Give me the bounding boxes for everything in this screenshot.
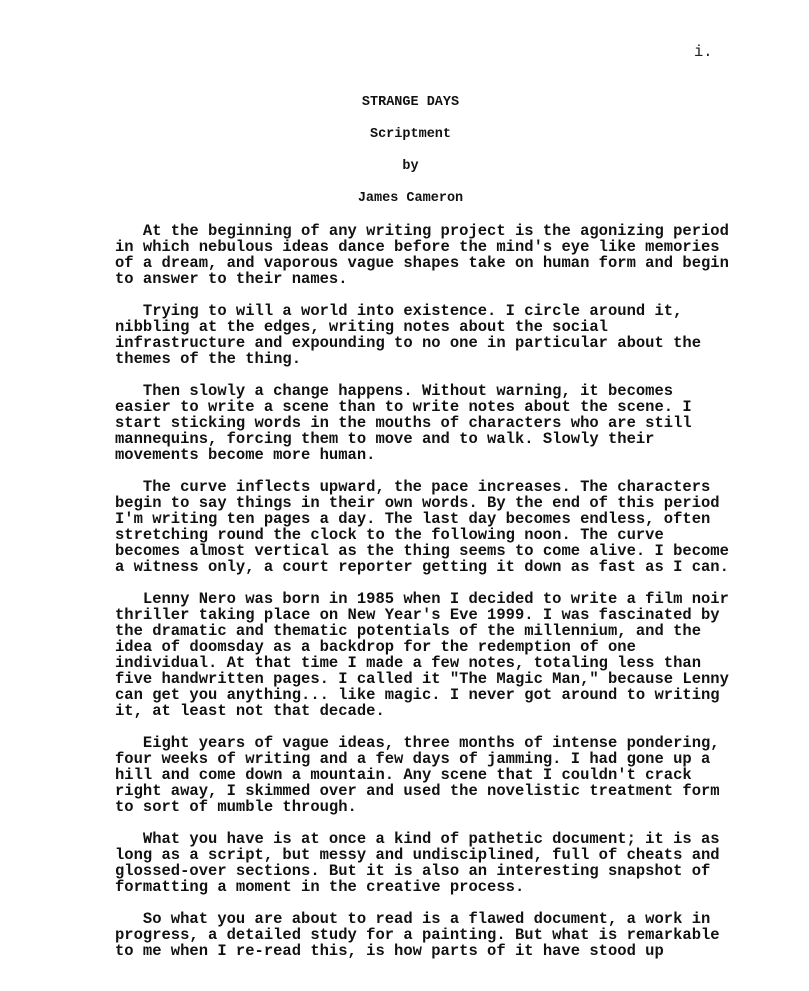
text-line: becomes almost vertical as the thing see… <box>115 543 775 559</box>
text-line: a witness only, a court reporter getting… <box>115 559 775 575</box>
text-line: can get you anything... like magic. I ne… <box>115 687 775 703</box>
text-line: themes of the thing. <box>115 351 775 367</box>
text-line: right away, I skimmed over and used the … <box>115 783 775 799</box>
text-line: stretching round the clock to the follow… <box>115 527 775 543</box>
text-line: movements become more human. <box>115 447 775 463</box>
text-line: Trying to will a world into existence. I… <box>115 303 775 319</box>
text-line: Eight years of vague ideas, three months… <box>115 735 775 751</box>
text-line: progress, a detailed study for a paintin… <box>115 927 775 943</box>
text-line: nibbling at the edges, writing notes abo… <box>115 319 775 335</box>
byline-label: by <box>0 159 809 191</box>
document-title: STRANGE DAYS <box>0 95 809 127</box>
text-line: thriller taking place on New Year's Eve … <box>115 607 775 623</box>
paragraph: At the beginning of any writing project … <box>115 223 775 287</box>
text-line: long as a script, but messy and undiscip… <box>115 847 775 863</box>
paragraph: Then slowly a change happens. Without wa… <box>115 383 775 463</box>
text-line: infrastructure and expounding to no one … <box>115 335 775 351</box>
text-line: mannequins, forcing them to move and to … <box>115 431 775 447</box>
text-line: to answer to their names. <box>115 271 775 287</box>
text-line: Then slowly a change happens. Without wa… <box>115 383 775 399</box>
text-line: five handwritten pages. I called it "The… <box>115 671 775 687</box>
text-line: What you have is at once a kind of pathe… <box>115 831 775 847</box>
text-line: four weeks of writing and a few days of … <box>115 751 775 767</box>
paragraph: So what you are about to read is a flawe… <box>115 911 775 959</box>
text-line: formatting a moment in the creative proc… <box>115 879 775 895</box>
text-line: of a dream, and vaporous vague shapes ta… <box>115 255 775 271</box>
text-line: glossed-over sections. But it is also an… <box>115 863 775 879</box>
paragraph: Lenny Nero was born in 1985 when I decid… <box>115 591 775 719</box>
text-line: individual. At that time I made a few no… <box>115 655 775 671</box>
document-page: i. STRANGE DAYS Scriptment by James Came… <box>0 0 809 991</box>
text-line: in which nebulous ideas dance before the… <box>115 239 775 255</box>
text-line: easier to write a scene than to write no… <box>115 399 775 415</box>
text-line: At the beginning of any writing project … <box>115 223 775 239</box>
page-number: i. <box>694 44 713 60</box>
text-line: The curve inflects upward, the pace incr… <box>115 479 775 495</box>
text-line: Lenny Nero was born in 1985 when I decid… <box>115 591 775 607</box>
text-line: hill and come down a mountain. Any scene… <box>115 767 775 783</box>
text-line: the dramatic and thematic potentials of … <box>115 623 775 639</box>
document-subtitle: Scriptment <box>0 127 809 159</box>
text-line: it, at least not that decade. <box>115 703 775 719</box>
text-line: to me when I re-read this, is how parts … <box>115 943 775 959</box>
text-line: to sort of mumble through. <box>115 799 775 815</box>
text-line: idea of doomsday as a backdrop for the r… <box>115 639 775 655</box>
paragraph: Eight years of vague ideas, three months… <box>115 735 775 815</box>
text-line: So what you are about to read is a flawe… <box>115 911 775 927</box>
body-text: At the beginning of any writing project … <box>115 223 775 975</box>
paragraph: The curve inflects upward, the pace incr… <box>115 479 775 575</box>
text-line: start sticking words in the mouths of ch… <box>115 415 775 431</box>
paragraph: Trying to will a world into existence. I… <box>115 303 775 367</box>
title-block: STRANGE DAYS Scriptment by James Cameron <box>0 95 809 223</box>
text-line: begin to say things in their own words. … <box>115 495 775 511</box>
text-line: I'm writing ten pages a day. The last da… <box>115 511 775 527</box>
paragraph: What you have is at once a kind of pathe… <box>115 831 775 895</box>
author-name: James Cameron <box>0 191 809 223</box>
